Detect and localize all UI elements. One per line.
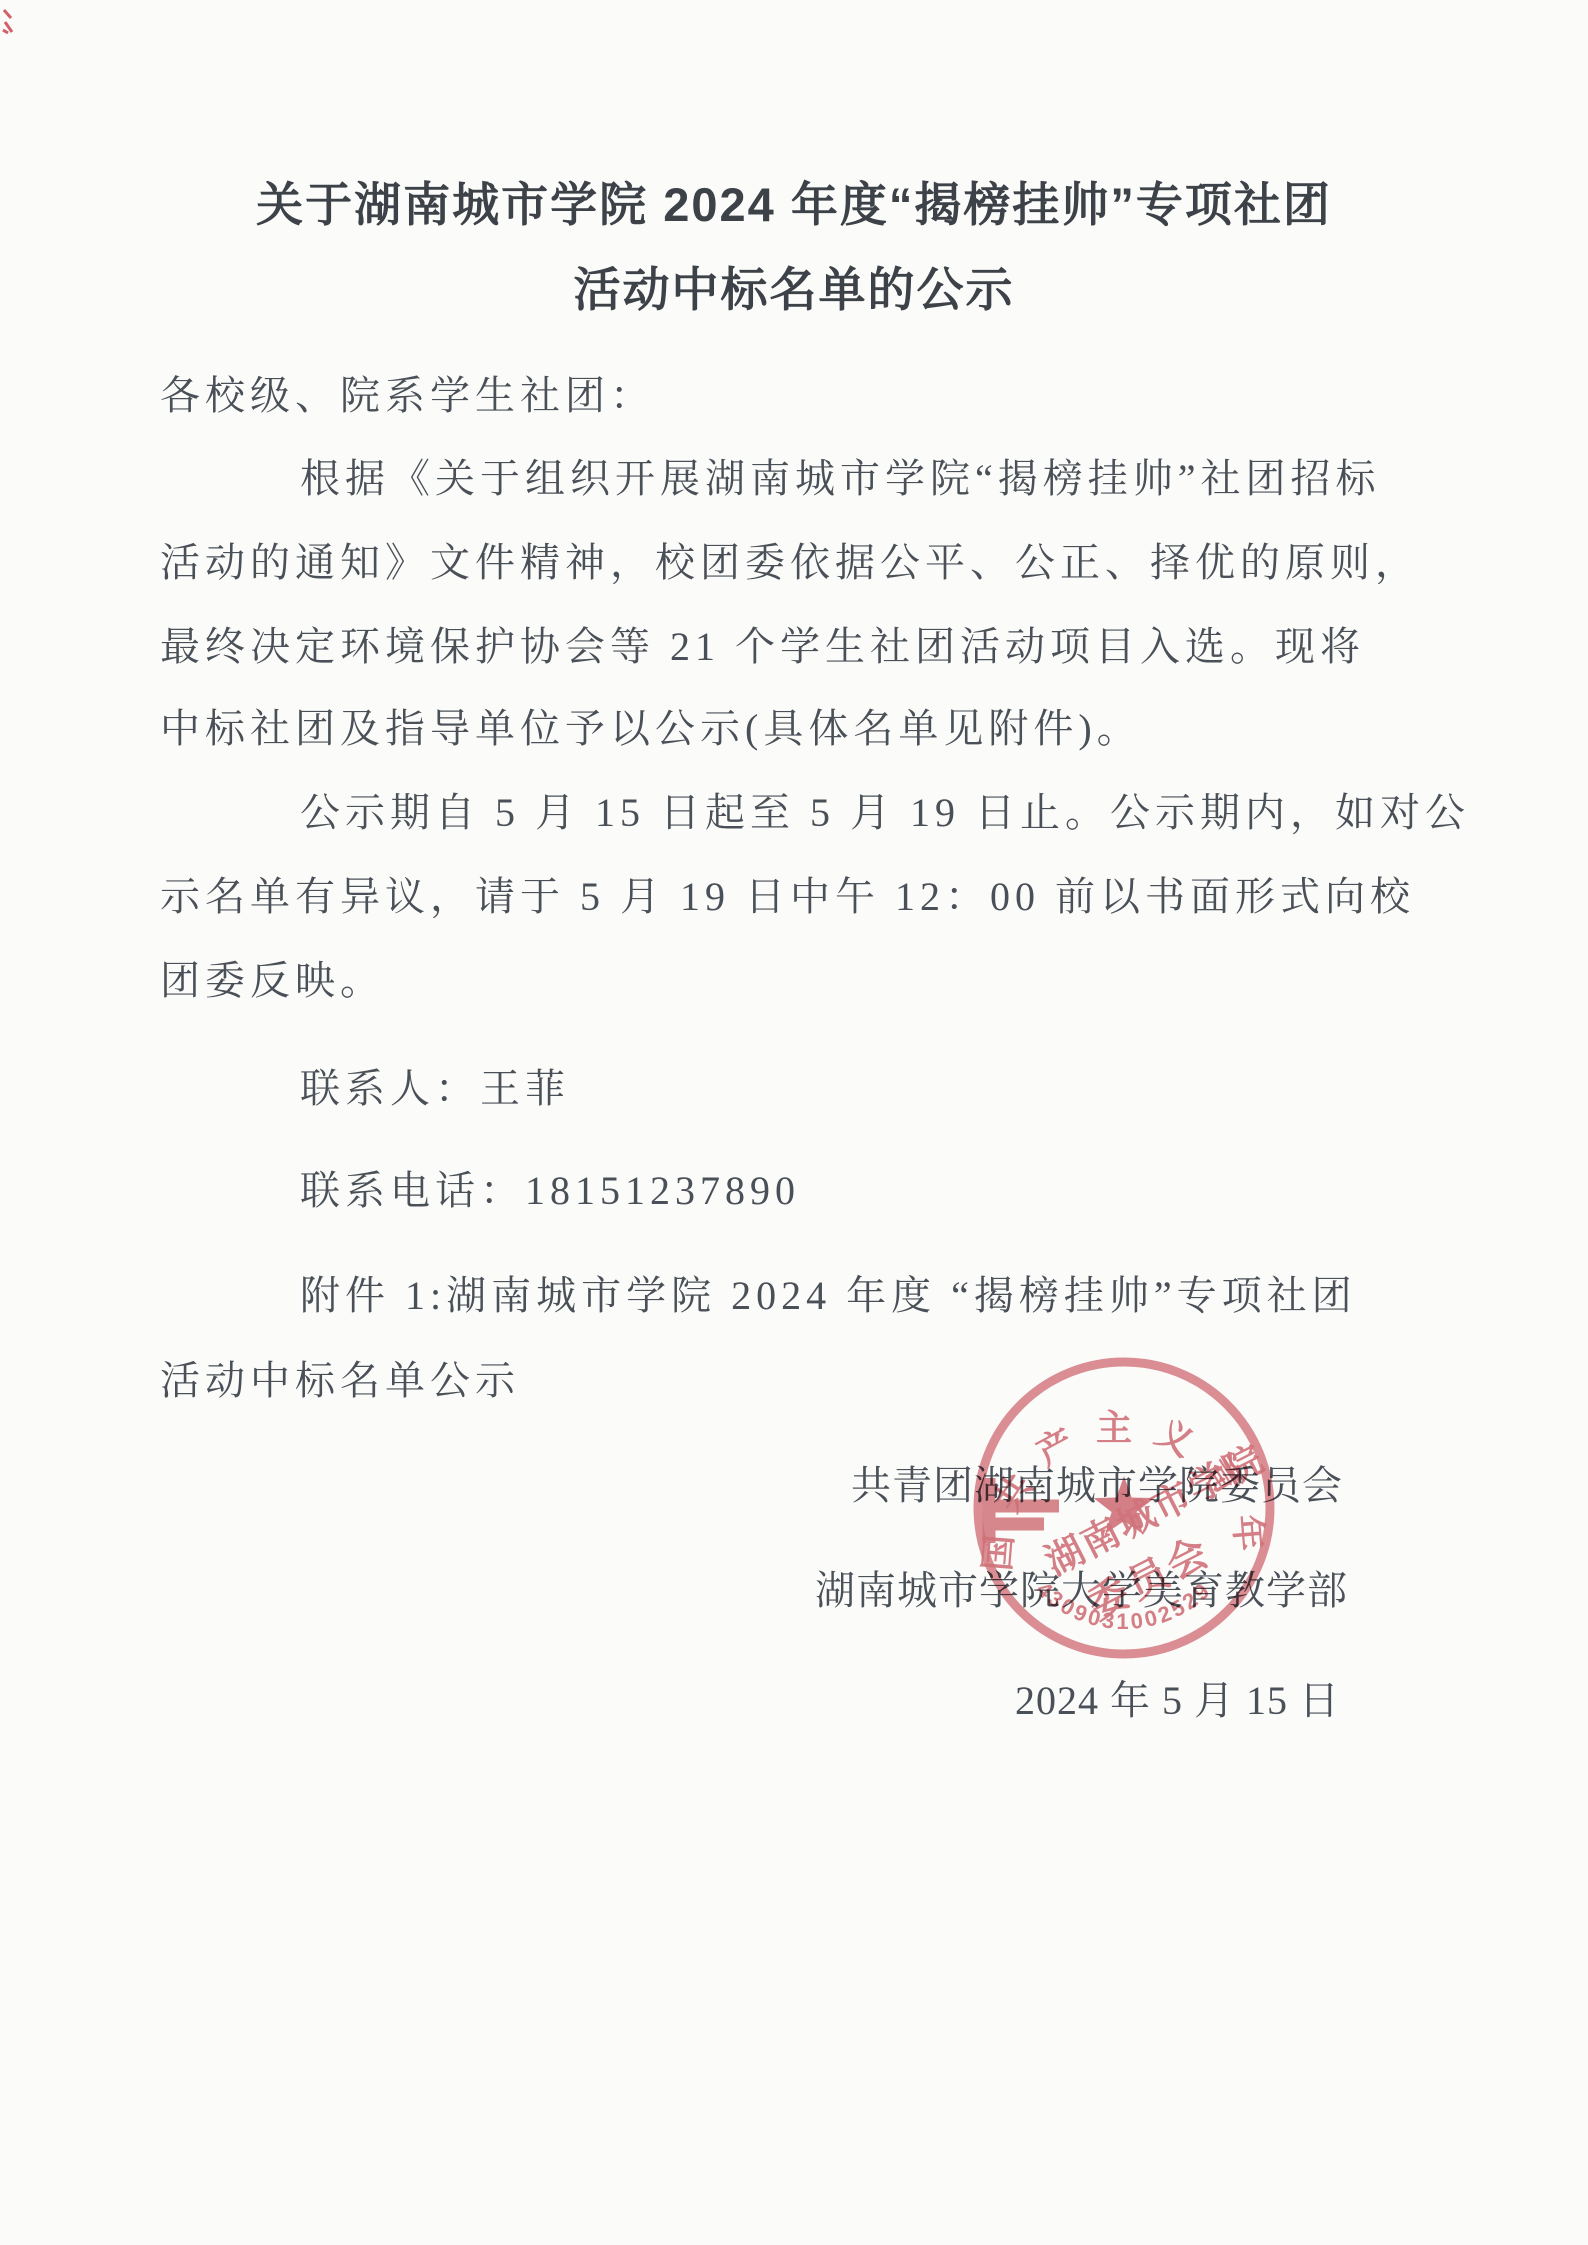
signature-date: 2024 年 5 月 15 日 (1015, 1678, 1340, 1724)
document-title-line1: 关于湖南城市学院 2024 年度“揭榜挂帅”专项社团 (0, 180, 1588, 230)
contact-phone: 联系电话：18151237890 (300, 1168, 800, 1214)
para1-line2: 活动的通知》文件精神，校团委依据公平、公正、择优的原则， (160, 540, 1420, 586)
para2-line1: 公示期自 5 月 15 日起至 5 月 19 日止。公示期内，如对公 (300, 790, 1470, 836)
document-title-line2: 活动中标名单的公示 (0, 265, 1588, 315)
salutation: 各校级、院系学生社团： (160, 373, 655, 419)
official-seal: 中国共产主义青年团 湖南城市学院 委员会 4309031002529 (964, 1348, 1284, 1668)
scan-artifact (2, 8, 20, 34)
contact-person: 联系人：王菲 (300, 1066, 570, 1112)
attachment-line1: 附件 1:湖南城市学院 2024 年度 “揭榜挂帅”专项社团 (300, 1273, 1357, 1319)
para2-line3: 团委反映。 (160, 958, 385, 1004)
para1-line4: 中标社团及指导单位予以公示(具体名单见附件)。 (160, 706, 1142, 752)
para1-line3: 最终决定环境保护协会等 21 个学生社团活动项目入选。现将 (160, 624, 1365, 670)
document-page: 关于湖南城市学院 2024 年度“揭榜挂帅”专项社团 活动中标名单的公示 各校级… (0, 0, 1588, 2245)
attachment-line2: 活动中标名单公示 (160, 1358, 520, 1404)
para1-line1: 根据《关于组织开展湖南城市学院“揭榜挂帅”社团招标 (300, 456, 1381, 502)
para2-line2: 示名单有异议，请于 5 月 19 日中午 12：00 前以书面形式向校 (160, 874, 1415, 920)
